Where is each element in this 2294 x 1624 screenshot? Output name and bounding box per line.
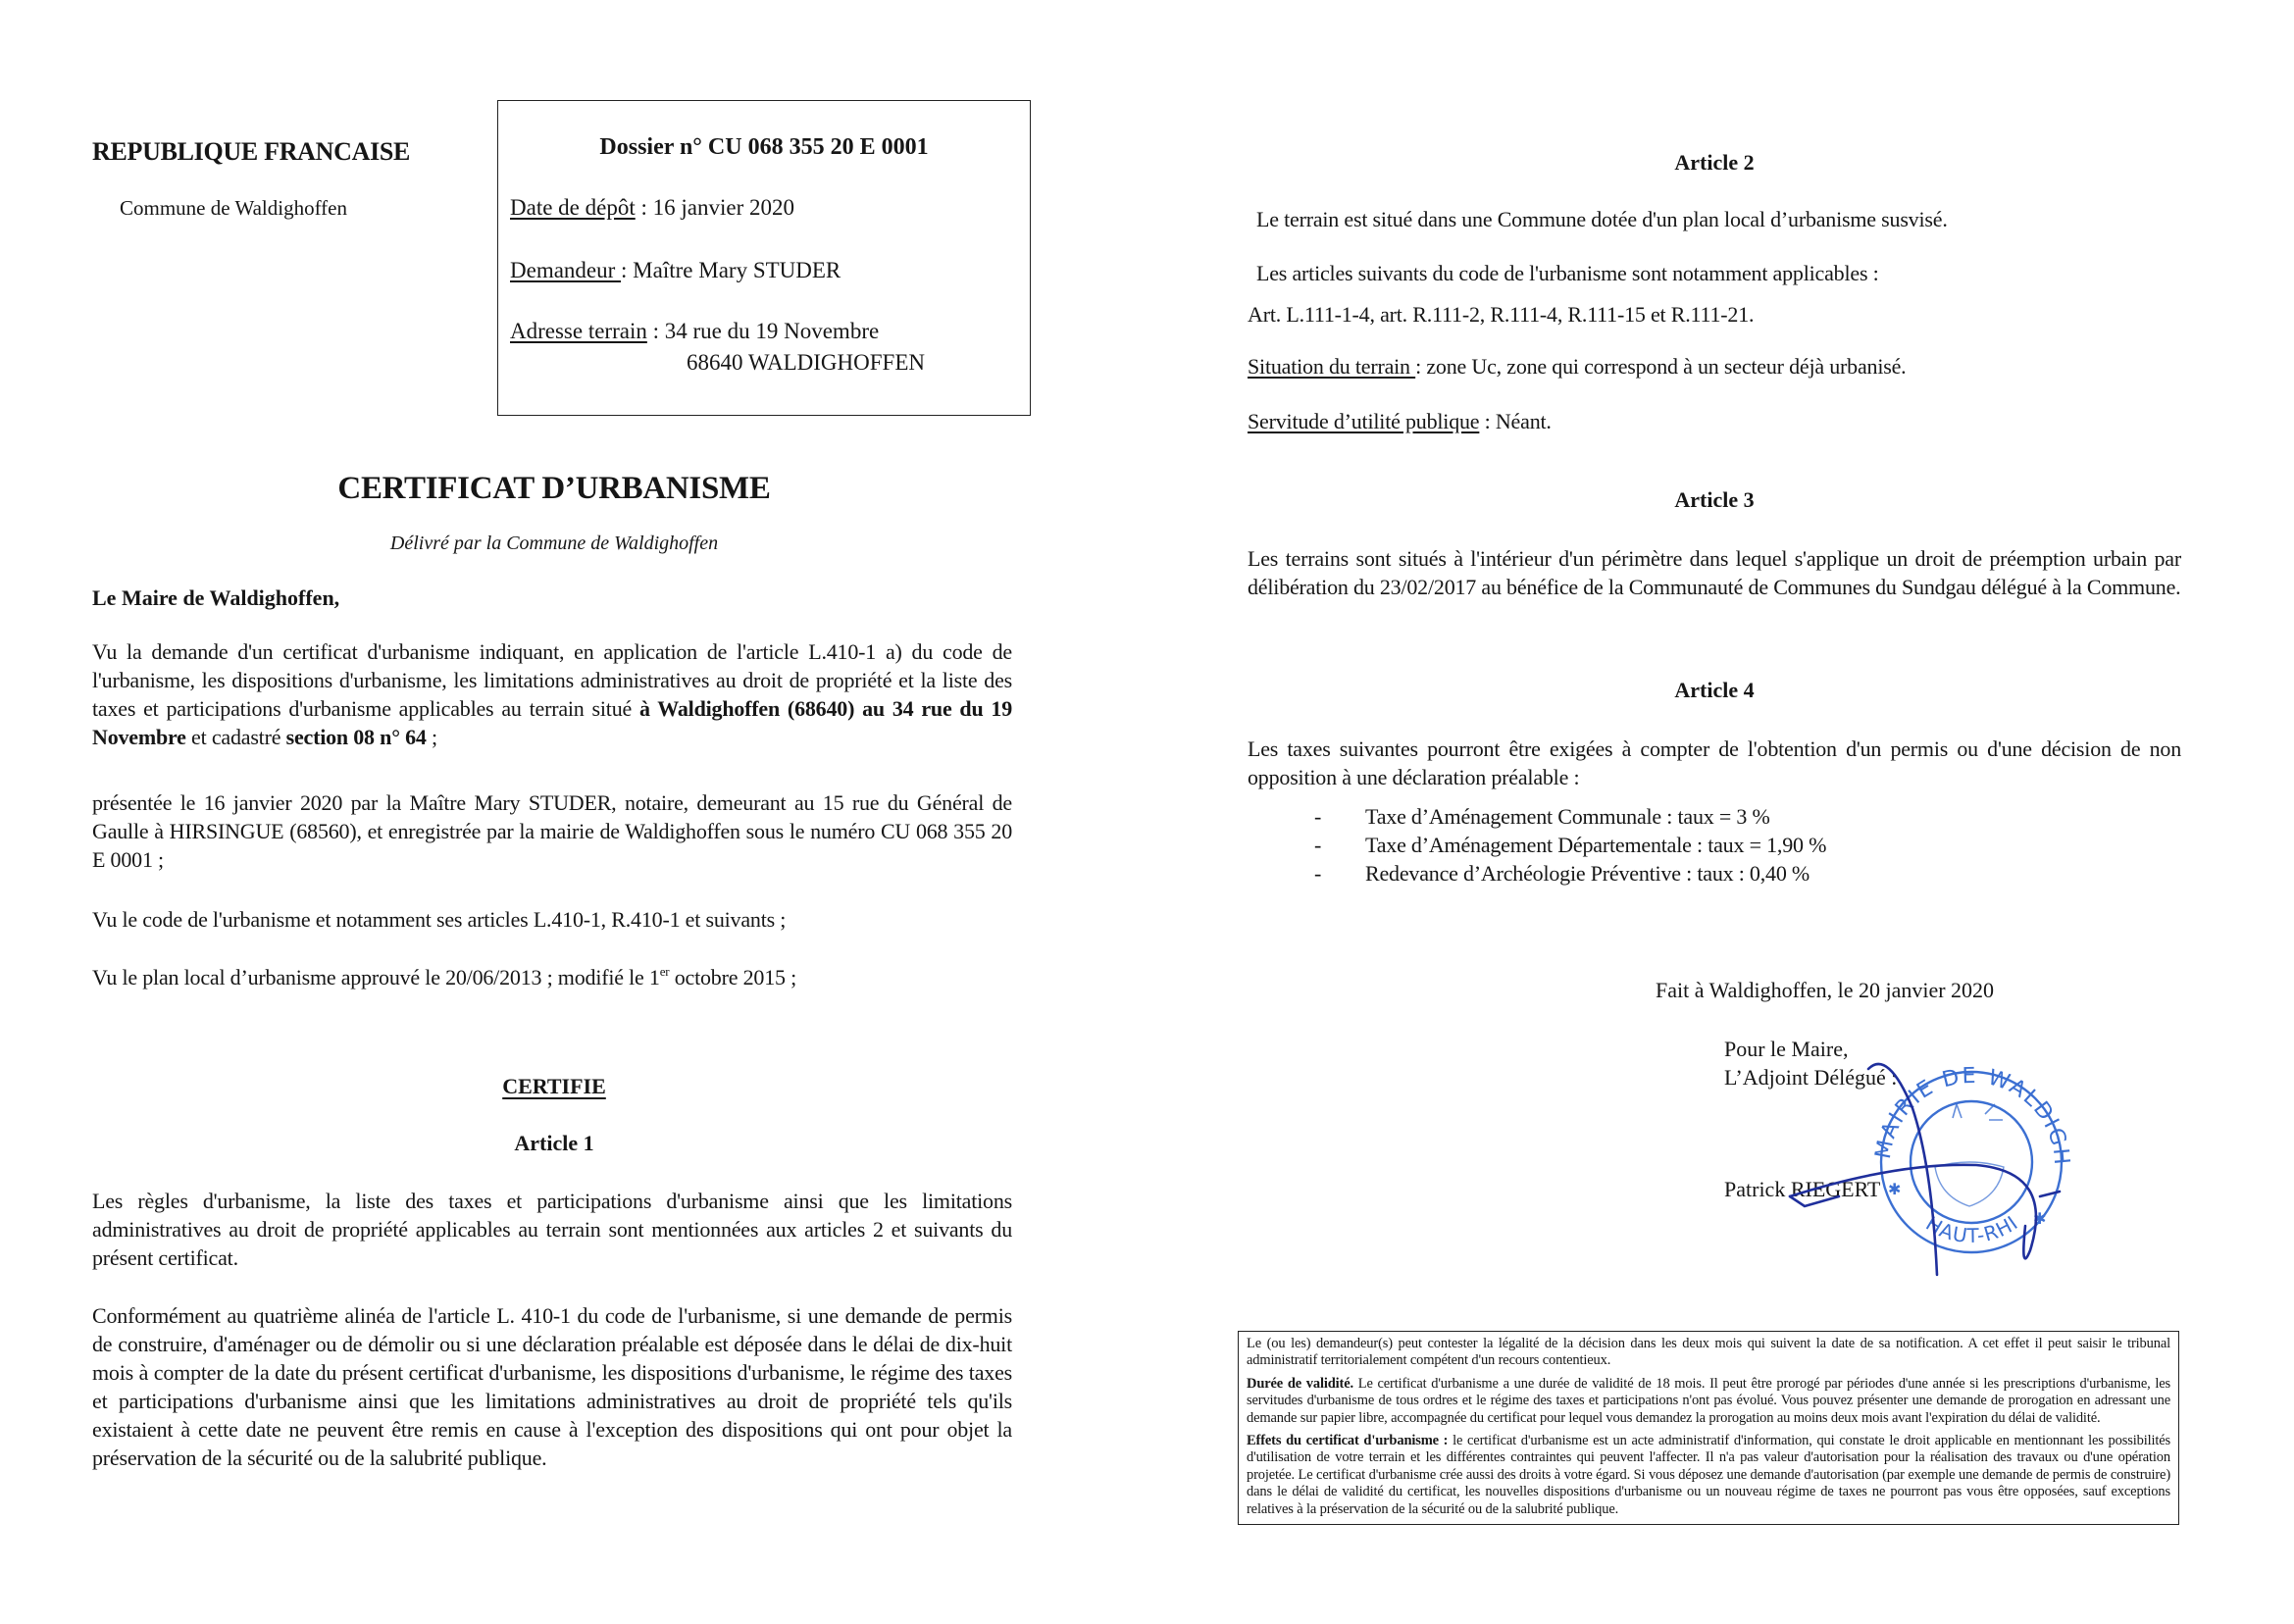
article-3-paragraph: Les terrains sont situés à l'intérieur d… [1248,544,2181,601]
certificate-subtitle: Délivré par la Commune de Waldighoffen [196,533,912,555]
article-4-title: Article 4 [1248,678,2181,703]
request-paragraph: Vu la demande d'un certificat d'urbanism… [92,637,1012,751]
article-4-paragraph: Les taxes suivantes pourront être exigée… [1248,735,2181,791]
filing-date: Date de dépôt : 16 janvier 2020 [510,195,794,221]
tax-list: Taxe d’Aménagement Communale : taux = 3 … [1314,802,2099,888]
certificate-title: CERTIFICAT D’URBANISME [196,471,912,507]
code-paragraph: Vu le code de l'urbanisme et notamment s… [92,905,1012,934]
land-situation-label: Situation du terrain [1248,354,1415,379]
article-2-title: Article 2 [1248,150,2181,176]
plu-text: Vu le plan local d’urbanisme approuvé le… [92,965,660,990]
effects-heading: Effets du certificat d'urbanisme : [1247,1433,1448,1448]
filing-date-label: Date de dépôt [510,195,636,220]
validity-text: Le certificat d'urbanisme a une durée de… [1247,1376,2170,1426]
appeal-notice: Le (ou les) demandeur(s) peut contester … [1247,1336,2170,1370]
filing-date-value: : 16 janvier 2020 [636,195,794,220]
tax-item: Redevance d’Archéologie Préventive : tau… [1314,859,2099,888]
applicant-label: Demandeur [510,258,621,282]
land-address: Adresse terrain : 34 rue du 19 Novembre [510,319,879,344]
validity-heading: Durée de validité. [1247,1376,1353,1392]
plu-paragraph: Vu le plan local d’urbanisme approuvé le… [92,963,1012,991]
applicant-value: : Maître Mary STUDER [621,258,841,282]
public-easement-label: Servitude d’utilité publique [1248,409,1479,433]
request-cadastre: section 08 n° 64 [286,725,427,749]
land-address-label: Adresse terrain [510,319,647,343]
town-hall-stamp-icon: ✱ ✱ MAIRIE DE WALDIGHOFFEN HAUT-RHIN [1859,1049,2084,1275]
tax-item: Taxe d’Aménagement Départementale : taux… [1314,831,2099,859]
republic-heading: REPUBLIQUE FRANCAISE [92,137,410,167]
applicant: Demandeur : Maître Mary STUDER [510,258,841,283]
request-text-end: ; [427,725,437,749]
dossier-number: Dossier n° CU 068 355 20 E 0001 [498,134,1030,161]
svg-text:MAIRIE DE WALDIGHOFFEN: MAIRIE DE WALDIGHOFFEN [1849,1031,2073,1167]
land-address-line2: 68640 WALDIGHOFFEN [687,350,925,376]
article-1-paragraph-1: Les règles d'urbanisme, la liste des tax… [92,1187,1012,1272]
signatory-name: Patrick RIEGERT [1724,1177,1880,1202]
svg-text:✱: ✱ [1888,1182,1901,1198]
article-3-title: Article 3 [1248,487,2181,513]
land-address-line1: : 34 rue du 19 Novembre [647,319,879,343]
place-and-date: Fait à Waldighoffen, le 20 janvier 2020 [1656,978,1994,1003]
commune-name: Commune de Waldighoffen [120,196,347,221]
public-easement-value: : Néant. [1479,409,1551,433]
request-text-mid: et cadastré [186,725,286,749]
public-easement: Servitude d’utilité publique : Néant. [1248,407,2181,435]
article-1-title: Article 1 [196,1131,912,1156]
tax-item: Taxe d’Aménagement Communale : taux = 3 … [1314,802,2099,831]
effects-notice: Effets du certificat d'urbanisme : le ce… [1247,1433,2170,1518]
plu-text-end: octobre 2015 ; [669,965,796,990]
land-situation: Situation du terrain : zone Uc, zone qui… [1248,352,2181,381]
article-2-paragraph-2: Les articles suivants du code de l'urban… [1256,259,2190,287]
certifie-heading: CERTIFIE [196,1074,912,1099]
article-2-applicable-articles: Art. L.111-1-4, art. R.111-2, R.111-4, R… [1248,300,2181,329]
presented-paragraph: présentée le 16 janvier 2020 par la Maît… [92,788,1012,874]
mayor-heading: Le Maire de Waldighoffen, [92,585,339,611]
plu-sup: er [660,964,670,979]
legal-notice-box: Le (ou les) demandeur(s) peut contester … [1238,1331,2179,1525]
article-1-paragraph-2: Conformément au quatrième alinéa de l'ar… [92,1301,1012,1472]
land-situation-value: : zone Uc, zone qui correspond à un sect… [1415,354,1906,379]
validity-notice: Durée de validité. Le certificat d'urban… [1247,1376,2170,1427]
dossier-box: Dossier n° CU 068 355 20 E 0001 Date de … [497,100,1031,416]
article-2-paragraph-1: Le terrain est situé dans une Commune do… [1256,205,2190,233]
